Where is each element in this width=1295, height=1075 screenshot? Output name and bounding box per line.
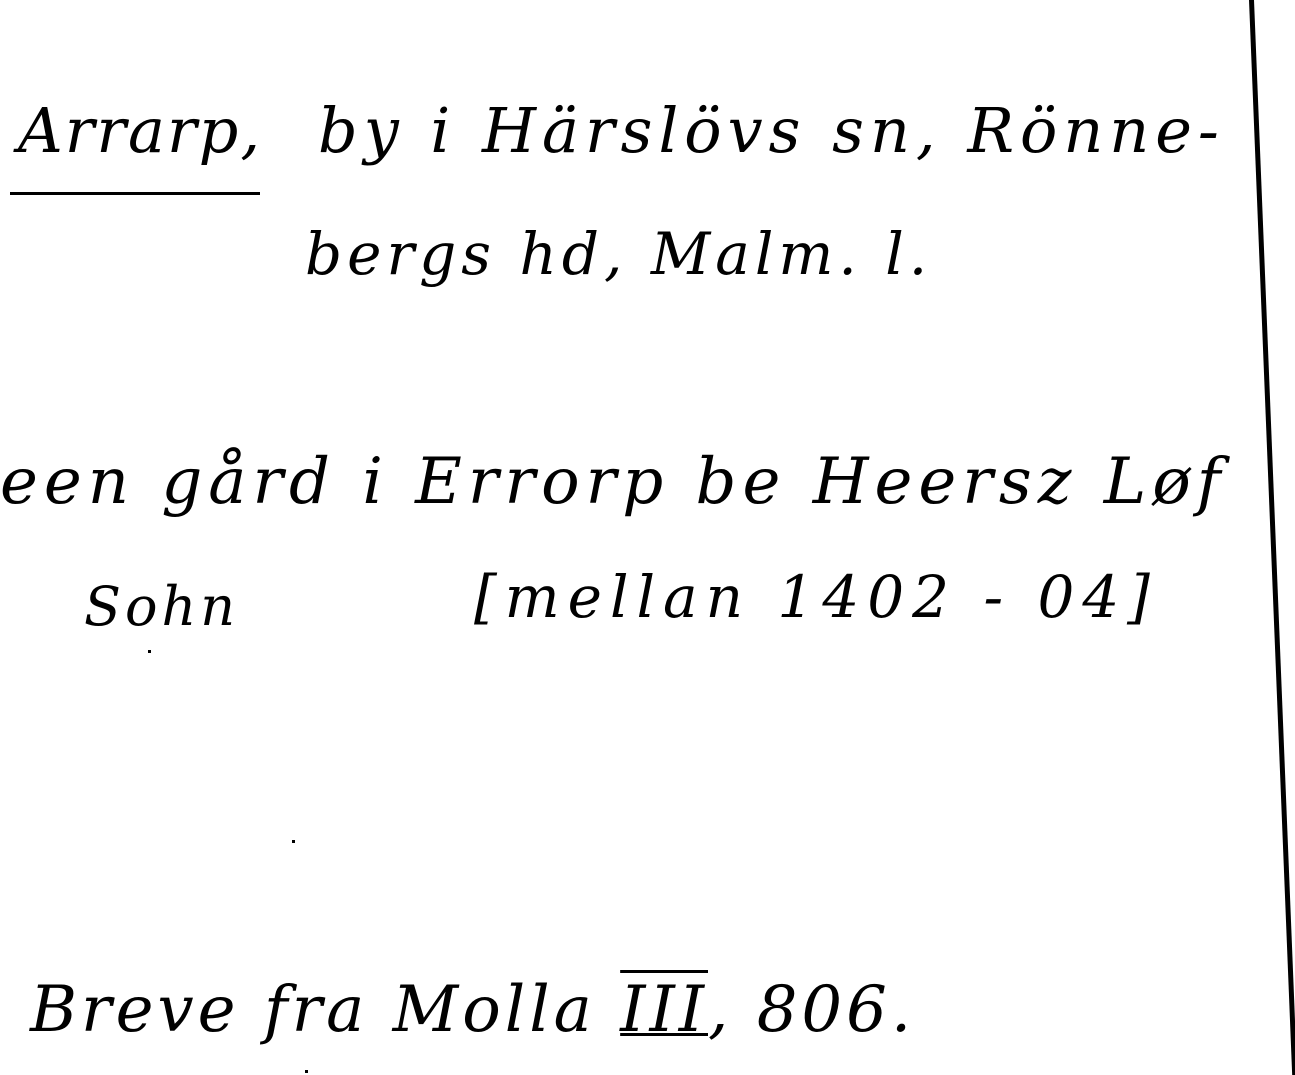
ink-speck [305, 1070, 308, 1073]
attestation-date: [mellan 1402 - 04] [474, 568, 1158, 626]
source-reference: Breve fra Molla III, 806. [30, 978, 915, 1042]
headword-underline [10, 192, 260, 195]
location-description-line-2: bergs hd, Malm. l. [305, 225, 932, 283]
source-page: , 806. [708, 973, 915, 1047]
ink-speck [148, 650, 151, 653]
source-title: Breve fra Molla [30, 973, 596, 1047]
source-volume: III [620, 973, 708, 1047]
index-card: Arrarp, by i Härslövs sn, Rönne- bergs h… [0, 0, 1295, 1075]
ink-speck [292, 840, 295, 843]
historical-attestation-continuation: Sohn [84, 580, 239, 634]
historical-attestation: een gård i Errorp be Heersz Løf [0, 450, 1226, 514]
location-description-line-1: by i Härslövs sn, Rönne- [318, 100, 1225, 162]
card-edge-border [1249, 0, 1295, 1075]
headword-place-name: Arrarp, [18, 100, 262, 162]
